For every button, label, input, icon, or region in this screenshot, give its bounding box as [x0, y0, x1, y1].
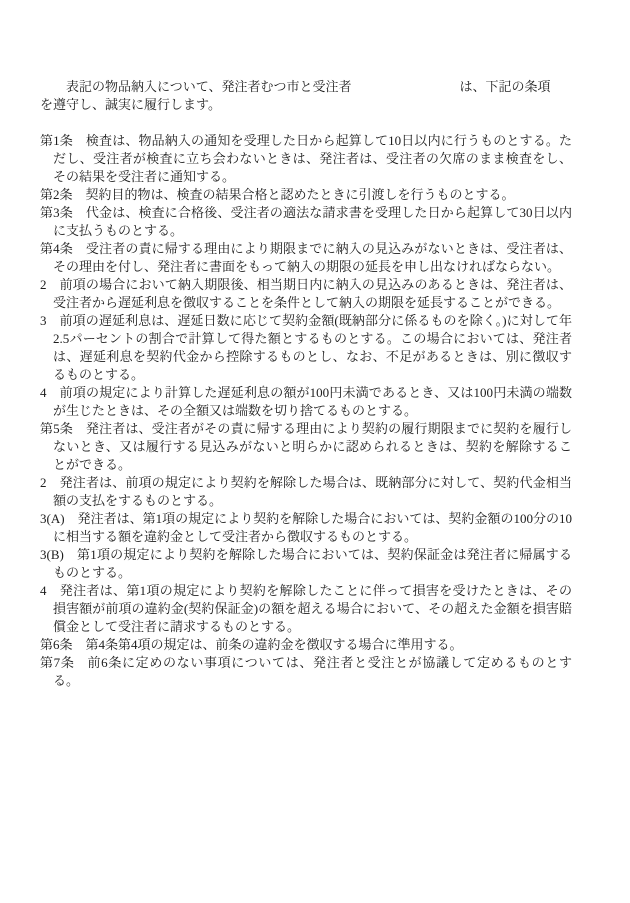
- article-text: 前項の規定により計算した遅延利息の額が100円未満であるとき、又は100円未満の…: [53, 385, 572, 418]
- document-page: 表記の物品納入について、発注者むつ市と受注者は、下記の条項 を遵守し、誠実に履行…: [0, 0, 630, 903]
- article-label: 3: [40, 313, 47, 328]
- article-paragraph: 第2条契約目的物は、検査の結果合格と認めたときに引渡しを行うものとする。: [40, 186, 572, 204]
- article-label: 2: [40, 475, 47, 490]
- article-text: 第1項の規定により契約を解除した場合においては、契約保証金は発注者に帰属するもの…: [53, 547, 572, 580]
- article-text: 発注者は、受注者がその責に帰する理由により契約の履行期限までに契約を履行しないと…: [53, 421, 572, 472]
- contractor-name-blank: [351, 90, 459, 91]
- article-paragraph: 第1条検査は、物品納入の通知を受理した日から起算して10日以内に行うものとする。…: [40, 132, 572, 186]
- article-label: 4: [40, 385, 47, 400]
- article-text: 契約目的物は、検査の結果合格と認めたときに引渡しを行うものとする。: [86, 187, 515, 202]
- article-label: 第2条: [40, 187, 73, 202]
- article-label: 第4条: [40, 241, 73, 256]
- article-paragraph: 第5条発注者は、受注者がその責に帰する理由により契約の履行期限までに契約を履行し…: [40, 420, 572, 474]
- article-text: 発注者は、第1項の規定により契約を解除したことに伴って損害を受けたときは、その損…: [53, 583, 572, 634]
- intro-text-before-blank: 表記の物品納入について、発注者むつ市と受注者: [66, 79, 351, 94]
- article-text: 代金は、検査に合格後、受注者の適法な請求書を受理した日から起算して30日以内に支…: [53, 205, 572, 238]
- article-label: 4: [40, 583, 47, 598]
- article-paragraph: 4前項の規定により計算した遅延利息の額が100円未満であるとき、又は100円未満…: [40, 384, 572, 420]
- article-text: 検査は、物品納入の通知を受理した日から起算して10日以内に行うものとする。ただし…: [53, 133, 572, 184]
- article-label: 第6条: [40, 637, 73, 652]
- intro-text-after-blank: は、下記の条項: [459, 79, 550, 94]
- article-text: 受注者の責に帰する理由により期限までに納入の見込みがないときは、受注者は、その理…: [53, 241, 572, 274]
- intro-line-2: を遵守し、誠実に履行します。: [40, 96, 572, 114]
- article-text: 前項の遅延利息は、遅延日数に応じて契約金額(既納部分に係るものを除く。)に対して…: [53, 313, 572, 382]
- intro-line-1: 表記の物品納入について、発注者むつ市と受注者は、下記の条項: [40, 78, 572, 96]
- article-paragraph: 3(A)発注者は、第1項の規定により契約を解除した場合においては、契約金額の10…: [40, 510, 572, 546]
- article-paragraph: 第7条前6条に定めのない事項については、発注者と受注とが協議して定めるものとする…: [40, 654, 572, 690]
- article-paragraph: 3(B)第1項の規定により契約を解除した場合においては、契約保証金は発注者に帰属…: [40, 546, 572, 582]
- article-label: 3(A): [40, 511, 65, 526]
- article-label: 3(B): [40, 547, 64, 562]
- article-paragraph: 第6条第4条第4項の規定は、前条の違約金を徴収する場合に準用する。: [40, 636, 572, 654]
- intro-paragraph: 表記の物品納入について、発注者むつ市と受注者は、下記の条項 を遵守し、誠実に履行…: [40, 78, 572, 114]
- contract-document: 表記の物品納入について、発注者むつ市と受注者は、下記の条項 を遵守し、誠実に履行…: [40, 78, 572, 690]
- article-paragraph: 3前項の遅延利息は、遅延日数に応じて契約金額(既納部分に係るものを除く。)に対し…: [40, 312, 572, 384]
- article-paragraph: 第4条受注者の責に帰する理由により期限までに納入の見込みがないときは、受注者は、…: [40, 240, 572, 276]
- article-label: 第1条: [40, 133, 73, 148]
- article-text: 発注者は、第1項の規定により契約を解除した場合においては、契約金額の100分の1…: [53, 511, 572, 544]
- article-paragraph: 第3条代金は、検査に合格後、受注者の適法な請求書を受理した日から起算して30日以…: [40, 204, 572, 240]
- article-label: 第7条: [40, 655, 75, 670]
- article-paragraph: 2前項の場合において納入期限後、相当期日内に納入の見込みのあるときは、発注者は、…: [40, 276, 572, 312]
- article-label: 第5条: [40, 421, 73, 436]
- article-text: 発注者は、前項の規定により契約を解除した場合は、既納部分に対して、契約代金相当額…: [53, 475, 572, 508]
- article-text: 第4条第4項の規定は、前条の違約金を徴収する場合に準用する。: [86, 637, 463, 652]
- article-text: 前項の場合において納入期限後、相当期日内に納入の見込みのあるときは、発注者は、受…: [53, 277, 572, 310]
- article-text: 前6条に定めのない事項については、発注者と受注とが協議して定めるものとする。: [53, 655, 572, 688]
- article-paragraph: 2発注者は、前項の規定により契約を解除した場合は、既納部分に対して、契約代金相当…: [40, 474, 572, 510]
- article-label: 2: [40, 277, 47, 292]
- articles-list: 第1条検査は、物品納入の通知を受理した日から起算して10日以内に行うものとする。…: [40, 132, 572, 690]
- article-label: 第3条: [40, 205, 73, 220]
- article-paragraph: 4発注者は、第1項の規定により契約を解除したことに伴って損害を受けたときは、その…: [40, 582, 572, 636]
